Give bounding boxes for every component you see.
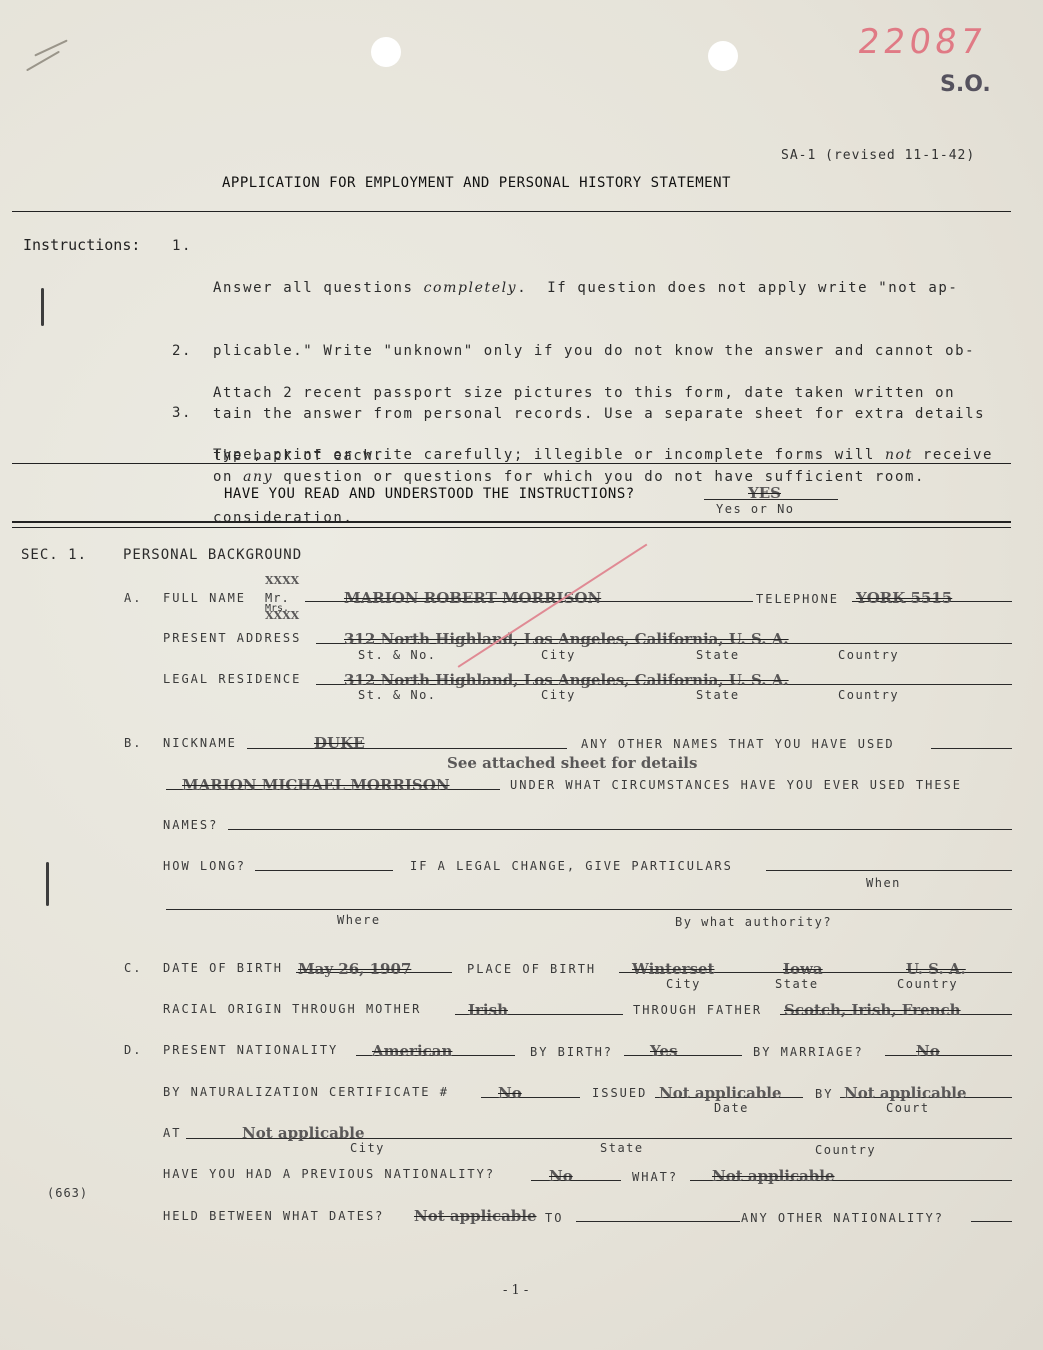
understood-answer[interactable]: YES — [748, 484, 781, 502]
title-mrs-strike: XXXX — [265, 609, 299, 622]
by-birth-value[interactable]: Yes — [650, 1042, 677, 1060]
legal-change-label: IF A LEGAL CHANGE, GIVE PARTICULARS — [410, 859, 733, 873]
naturalization-value[interactable]: No — [498, 1084, 522, 1102]
hint-country: Country — [897, 977, 958, 991]
instruction-3-line: consideration. — [213, 508, 993, 529]
any-other-nationality-label: ANY OTHER NATIONALITY? — [741, 1211, 944, 1225]
telephone-value[interactable]: YORK 5515 — [856, 589, 952, 607]
how-long-line — [255, 870, 393, 871]
section-number: SEC. 1. — [21, 545, 87, 566]
naturalization-line — [481, 1097, 580, 1098]
understood-question: HAVE YOU READ AND UNDERSTOOD THE INSTRUC… — [224, 486, 635, 502]
legal-residence-label: LEGAL RESIDENCE — [163, 672, 301, 686]
naturalization-label: BY NATURALIZATION CERTIFICATE # — [163, 1085, 449, 1099]
hint-where: Where — [337, 913, 381, 927]
double-divider-bottom — [12, 527, 1011, 528]
hint-court: Court — [886, 1101, 930, 1115]
hint-state: State — [775, 977, 819, 991]
instructions-label: Instructions: — [23, 236, 140, 254]
pob-label: PLACE OF BIRTH — [467, 962, 596, 976]
document-page: 22087 S.O. SA-1 (revised 11-1-42) APPLIC… — [0, 0, 1043, 1350]
telephone-label: TELEPHONE — [756, 592, 839, 606]
what-value[interactable]: Not applicable — [712, 1167, 835, 1185]
at-label: AT — [163, 1126, 181, 1140]
present-address-value[interactable]: 312 North Highland, Los Angeles, Califor… — [344, 630, 789, 648]
hint-authority: By what authority? — [675, 915, 832, 929]
nationality-label: PRESENT NATIONALITY — [163, 1043, 338, 1057]
names-label: NAMES? — [163, 818, 218, 832]
dob-value[interactable]: May 26, 1907 — [298, 960, 411, 978]
punch-hole-left — [371, 37, 401, 67]
present-address-label: PRESENT ADDRESS — [163, 631, 301, 645]
pob-city-value[interactable]: Winterset — [632, 960, 714, 978]
page-title: APPLICATION FOR EMPLOYMENT AND PERSONAL … — [222, 175, 731, 191]
by-label: BY — [815, 1087, 833, 1101]
father-value[interactable]: Scotch, Irish, French — [784, 1001, 961, 1019]
pob-state-value[interactable]: Iowa — [783, 960, 823, 978]
hint-state: State — [696, 688, 740, 702]
particulars-line — [166, 909, 1012, 910]
circumstances-label: UNDER WHAT CIRCUMSTANCES HAVE YOU EVER U… — [510, 778, 962, 792]
hint-city: City — [541, 688, 576, 702]
at-value[interactable]: Not applicable — [242, 1124, 365, 1142]
to-label: TO — [545, 1211, 563, 1225]
names-line — [228, 829, 1012, 830]
attached-sheet-note: See attached sheet for details — [447, 754, 697, 772]
section-title: PERSONAL BACKGROUND — [123, 545, 302, 566]
hint-when: When — [866, 876, 901, 890]
punch-hole-right — [708, 41, 738, 71]
form-id: SA-1 (revised 11-1-42) — [781, 148, 975, 163]
instruction-1-line: Answer all questions completely. If ques… — [213, 278, 985, 299]
hint-date: Date — [714, 1101, 749, 1115]
by-birth-line — [624, 1055, 742, 1056]
issued-value[interactable]: Not applicable — [659, 1084, 782, 1102]
item-d-letter: D. — [124, 1043, 142, 1057]
other-names-label: ANY OTHER NAMES THAT YOU HAVE USED — [581, 737, 895, 751]
staple-mark — [26, 51, 60, 72]
hint-city: City — [666, 977, 701, 991]
hint-city: City — [350, 1141, 385, 1155]
understood-hint: Yes or No — [716, 502, 795, 516]
dob-label: DATE OF BIRTH — [163, 961, 283, 975]
so-stamp: S.O. — [940, 72, 991, 97]
pob-country-value[interactable]: U. S. A. — [906, 960, 966, 978]
instruction-number: 2. — [172, 341, 192, 362]
issued-label: ISSUED — [592, 1086, 647, 1100]
instruction-number: 1. — [172, 236, 192, 257]
instruction-number: 3. — [172, 403, 192, 424]
nickname-label: NICKNAME — [163, 736, 237, 750]
what-label: WHAT? — [632, 1170, 678, 1184]
staple-mark — [41, 288, 44, 326]
legal-change-line — [766, 870, 1012, 871]
hint-street: St. & No. — [358, 688, 437, 702]
by-marriage-label: BY MARRIAGE? — [753, 1045, 864, 1059]
full-name-label: FULL NAME — [163, 591, 246, 605]
hint-country: Country — [838, 688, 899, 702]
instruction-2-line: Attach 2 recent passport size pictures t… — [213, 383, 955, 404]
other-names-line — [931, 748, 1012, 749]
by-value[interactable]: Not applicable — [844, 1084, 967, 1102]
staple-mark — [46, 862, 49, 906]
how-long-label: HOW LONG? — [163, 859, 246, 873]
held-dates-value[interactable]: Not applicable — [414, 1207, 537, 1225]
hint-street: St. & No. — [358, 648, 437, 662]
legal-residence-value[interactable]: 312 North Highland, Los Angeles, Califor… — [344, 671, 789, 689]
held-dates-label: HELD BETWEEN WHAT DATES? — [163, 1209, 384, 1223]
item-a-letter: A. — [124, 591, 142, 605]
hint-country: Country — [815, 1143, 876, 1157]
by-birth-label: BY BIRTH? — [530, 1045, 613, 1059]
previous-nationality-label: HAVE YOU HAD A PREVIOUS NATIONALITY? — [163, 1167, 495, 1181]
double-divider-top — [12, 521, 1011, 523]
file-number-handwritten: 22087 — [855, 22, 989, 62]
divider — [12, 463, 1011, 464]
hint-country: Country — [838, 648, 899, 662]
hint-state: State — [600, 1141, 644, 1155]
by-marriage-line — [885, 1055, 1012, 1056]
item-b-letter: B. — [124, 736, 142, 750]
divider — [12, 211, 1011, 212]
father-label: THROUGH FATHER — [633, 1003, 762, 1017]
title-miss-strike: XXXX — [265, 574, 299, 587]
previous-nationality-line — [531, 1180, 621, 1181]
form-code: (663) — [47, 1186, 88, 1200]
hint-city: City — [541, 648, 576, 662]
other-names-value[interactable]: MARION MICHAEL MORRISON — [182, 776, 450, 794]
to-line — [576, 1221, 740, 1222]
mother-value[interactable]: Irish — [468, 1001, 508, 1019]
nickname-line — [247, 748, 567, 749]
nationality-value[interactable]: American — [372, 1042, 452, 1060]
item-c-letter: C. — [124, 961, 142, 975]
mother-label: RACIAL ORIGIN THROUGH MOTHER — [163, 1002, 421, 1016]
page-number: - 1 - — [503, 1283, 528, 1298]
hint-state: State — [696, 648, 740, 662]
previous-nationality-value[interactable]: No — [549, 1167, 573, 1185]
any-other-nationality-line — [971, 1221, 1012, 1222]
by-marriage-value[interactable]: No — [916, 1042, 940, 1060]
nickname-value[interactable]: DUKE — [314, 734, 365, 752]
